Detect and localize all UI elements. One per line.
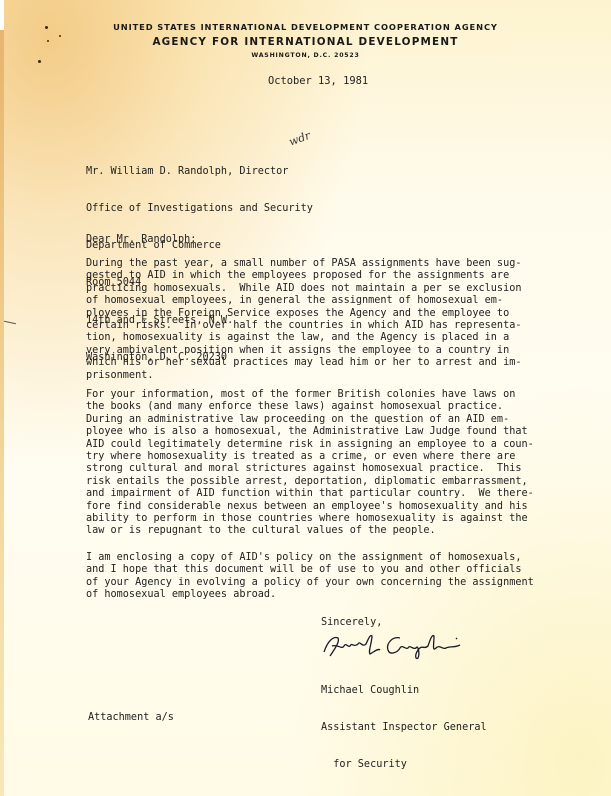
body-line: of your Agency in evolving a policy of y… [86, 577, 534, 589]
body-line: During the past year, a small number of … [86, 258, 521, 270]
body-line: of homosexual employees, in general the … [86, 295, 521, 307]
attachment-note: Attachment a/s [88, 712, 174, 724]
handwritten-signature [320, 630, 490, 660]
body-line: ability to perform in those countries wh… [86, 513, 534, 525]
body-line: For your information, most of the former… [86, 389, 534, 401]
salutation: Dear Mr. Randolph: [86, 234, 196, 246]
body-line: practicing homosexuals. While AID does n… [86, 283, 521, 295]
body-line: very ambivalent position when it assigns… [86, 345, 521, 357]
body-line: AID could legitimately determine risk in… [86, 439, 534, 451]
signature-block: Michael Coughlin Assistant Inspector Gen… [321, 660, 487, 784]
body-line: fore find considerable nexus between an … [86, 501, 534, 513]
body-line: I am enclosing a copy of AID's policy on… [86, 552, 534, 564]
speck [38, 60, 41, 63]
body-line: gested to AID in which the employees pro… [86, 270, 521, 282]
signer-title-continued: for Security [321, 759, 487, 771]
recipient-line: Mr. William D. Randolph, Director [86, 166, 313, 178]
body-line: the books (and many enforce these laws) … [86, 401, 534, 413]
body-line: strong cultural and moral strictures aga… [86, 463, 534, 475]
body-paragraph-3: I am enclosing a copy of AID's policy on… [86, 552, 534, 602]
body-line: and I hope that this document will be of… [86, 564, 534, 576]
body-line: risk entails the possible arrest, deport… [86, 476, 534, 488]
body-line: certain risks. In over half the countrie… [86, 320, 521, 332]
body-line: During an administrative law proceeding … [86, 414, 534, 426]
body-line: tion, homosexuality is against the law, … [86, 332, 521, 344]
body-line: ployee who is also a homosexual, the Adm… [86, 426, 534, 438]
body-line: ployees in the Foreign Service exposes t… [86, 308, 521, 320]
body-paragraph-2: For your information, most of the former… [86, 389, 534, 538]
letterhead-agency-name: AGENCY FOR INTERNATIONAL DEVELOPMENT [0, 36, 611, 48]
body-line: of homosexual employees abroad. [86, 589, 534, 601]
signer-title: Assistant Inspector General [321, 722, 487, 734]
letterhead-line-1: UNITED STATES INTERNATIONAL DEVELOPMENT … [0, 22, 611, 32]
signer-name: Michael Coughlin [321, 685, 487, 697]
letterhead: UNITED STATES INTERNATIONAL DEVELOPMENT … [0, 22, 611, 59]
recipient-line: Office of Investigations and Security [86, 203, 313, 215]
body-line: prisonment. [86, 370, 521, 382]
letterhead-address: WASHINGTON, D.C. 20523 [0, 52, 611, 59]
body-line: law or is repugnant to the cultural valu… [86, 525, 534, 537]
body-line: and impairment of AID function within th… [86, 488, 534, 500]
body-line: which his or her sexual practices may le… [86, 357, 521, 369]
closing: Sincerely, [321, 617, 382, 629]
paper-edge [0, 30, 4, 796]
body-line: try where homosexuality is treated as a … [86, 451, 534, 463]
letter-date: October 13, 1981 [268, 75, 368, 87]
body-paragraph-1: During the past year, a small number of … [86, 258, 521, 382]
